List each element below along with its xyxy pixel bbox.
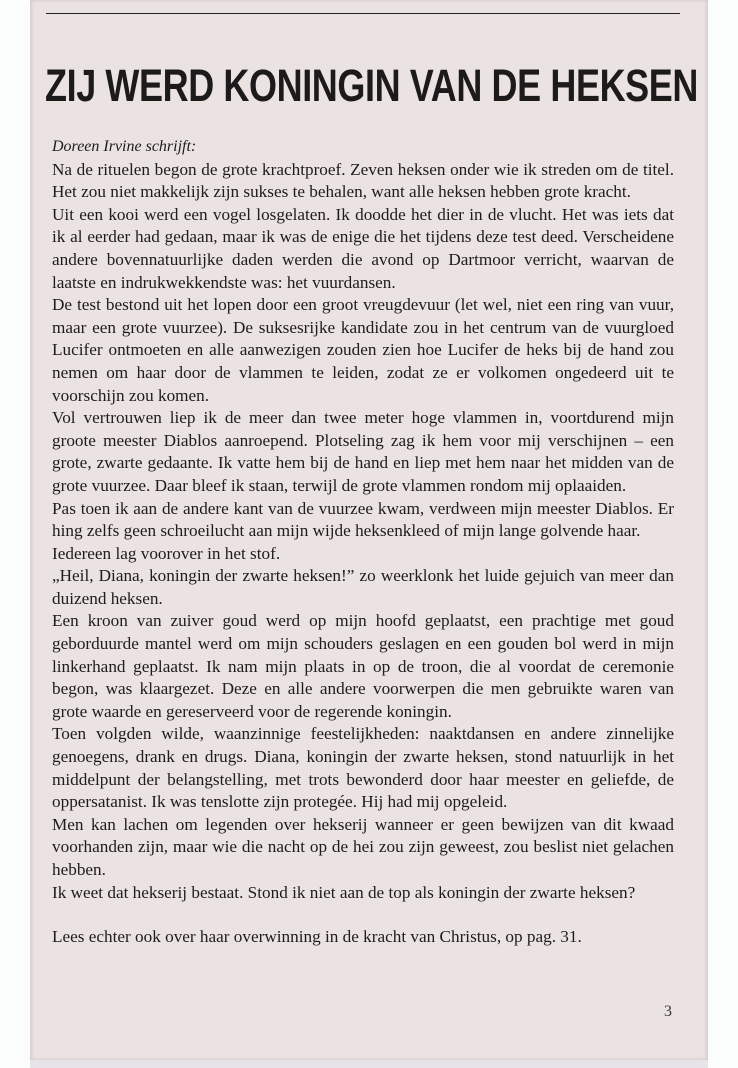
article-body: Doreen Irvine schrijft: Na de rituelen b… — [52, 136, 674, 949]
closing-note: Lees echter ook over haar overwinning in… — [52, 926, 674, 949]
scanned-page: ZIJ WERD KONINGIN VAN DE HEKSEN Doreen I… — [30, 0, 708, 1060]
page-bottom-edge — [30, 1060, 708, 1068]
paragraph: Vol vertrouwen liep ik de meer dan twee … — [52, 407, 674, 497]
top-rule-divider — [46, 13, 680, 14]
paragraph: Iedereen lag voorover in het stof. — [52, 543, 674, 566]
paragraph: „Heil, Diana, koningin der zwarte heksen… — [52, 565, 674, 610]
paragraph-spacer — [52, 904, 674, 926]
paragraph: Na de rituelen begon de grote krachtproe… — [52, 159, 674, 204]
paragraph: De test bestond uit het lopen door een g… — [52, 294, 674, 407]
paragraph: Uit een kooi werd een vogel losgelaten. … — [52, 204, 674, 294]
paragraph: Pas toen ik aan de andere kant van de vu… — [52, 498, 674, 543]
paragraph: Ik weet dat hekserij bestaat. Stond ik n… — [52, 882, 674, 905]
paragraph: Men kan lachen om legenden over hekserij… — [52, 814, 674, 882]
paragraph: Toen volgden wilde, waanzinnige feesteli… — [52, 723, 674, 813]
paragraph: Een kroon van zuiver goud werd op mijn h… — [52, 610, 674, 723]
page-number: 3 — [664, 1003, 672, 1021]
article-title: ZIJ WERD KONINGIN VAN DE HEKSEN — [45, 60, 557, 112]
byline: Doreen Irvine schrijft: — [52, 136, 674, 159]
